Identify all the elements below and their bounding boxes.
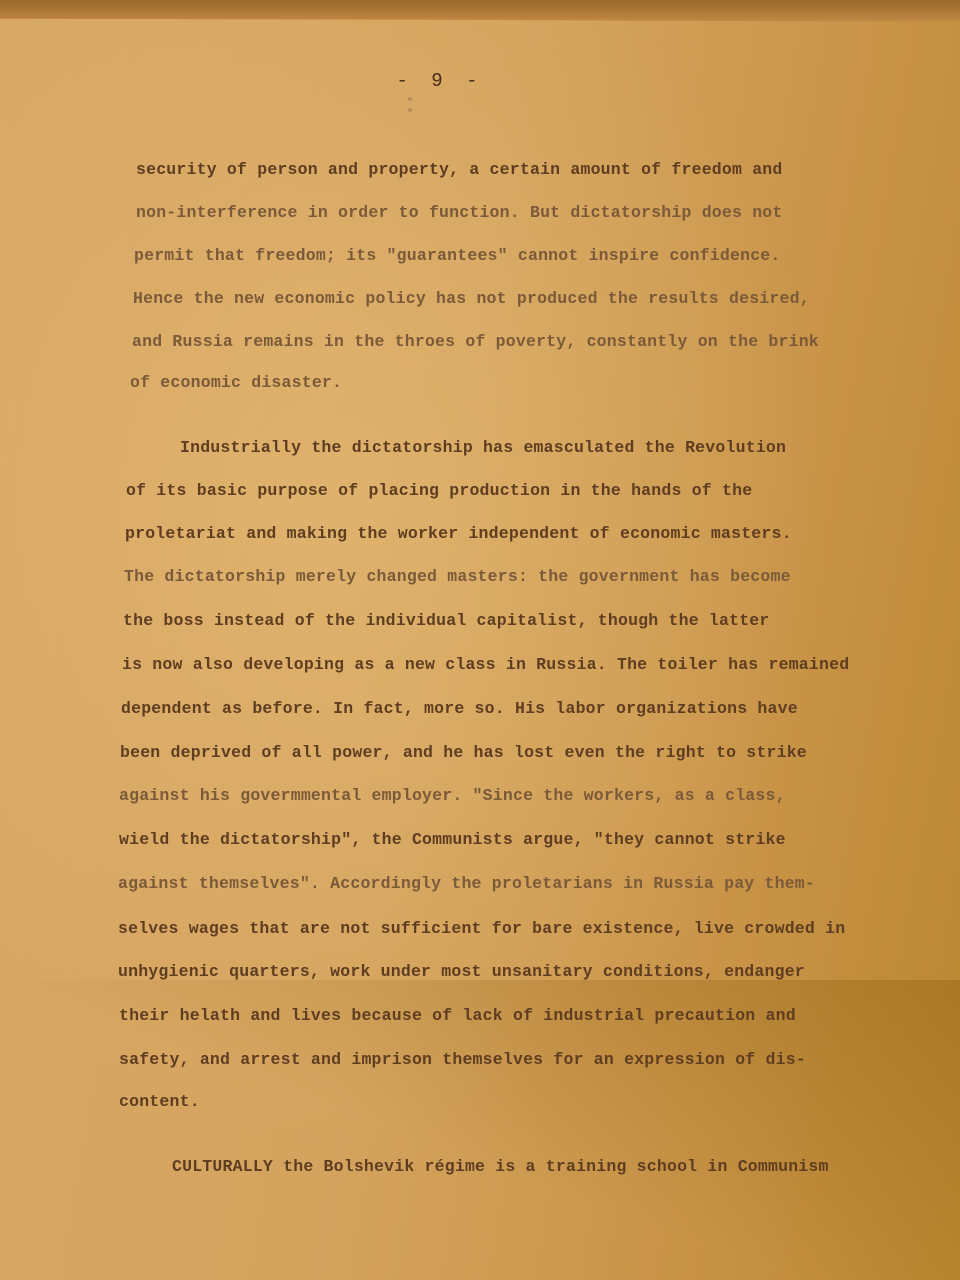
text-line: CULTURALLY the Bolshevik régime is a tra…	[172, 1157, 829, 1176]
text-line: and Russia remains in the throes of pove…	[132, 332, 819, 351]
text-line: safety, and arrest and imprison themselv…	[119, 1050, 806, 1069]
text-line: been deprived of all power, and he has l…	[120, 743, 807, 762]
text-line: is now also developing as a new class in…	[122, 655, 849, 674]
text-line: against his govermmental employer. "Sinc…	[119, 786, 786, 805]
text-line: dependent as before. In fact, more so. H…	[121, 699, 798, 718]
page-number-marks: " "	[380, 98, 500, 120]
text-line: unhygienic quarters, work under most uns…	[118, 962, 805, 981]
text-line: The dictatorship merely changed masters:…	[124, 567, 791, 586]
text-line: their helath and lives because of lack o…	[119, 1006, 796, 1025]
text-line: against themselves". Accordingly the pro…	[118, 874, 815, 893]
scan-top-edge	[0, 0, 960, 22]
text-line: selves wages that are not sufficient for…	[118, 919, 845, 938]
text-line: permit that freedom; its "guarantees" ca…	[134, 246, 781, 265]
text-line: security of person and property, a certa…	[136, 160, 783, 179]
text-line: content.	[119, 1092, 200, 1111]
text-line: proletariat and making the worker indepe…	[125, 524, 792, 543]
text-line: wield the dictatorship", the Communists …	[119, 830, 786, 849]
text-line: the boss instead of the individual capit…	[123, 611, 770, 630]
text-line: non-interference in order to function. B…	[136, 203, 783, 222]
scan-shadow	[0, 980, 960, 1280]
page-number: - 9 -	[380, 70, 500, 92]
text-line: of economic disaster.	[130, 373, 342, 392]
text-line: Hence the new economic policy has not pr…	[133, 289, 810, 308]
text-line: Industrially the dictatorship has emascu…	[180, 438, 786, 457]
text-line: of its basic purpose of placing producti…	[126, 481, 752, 500]
